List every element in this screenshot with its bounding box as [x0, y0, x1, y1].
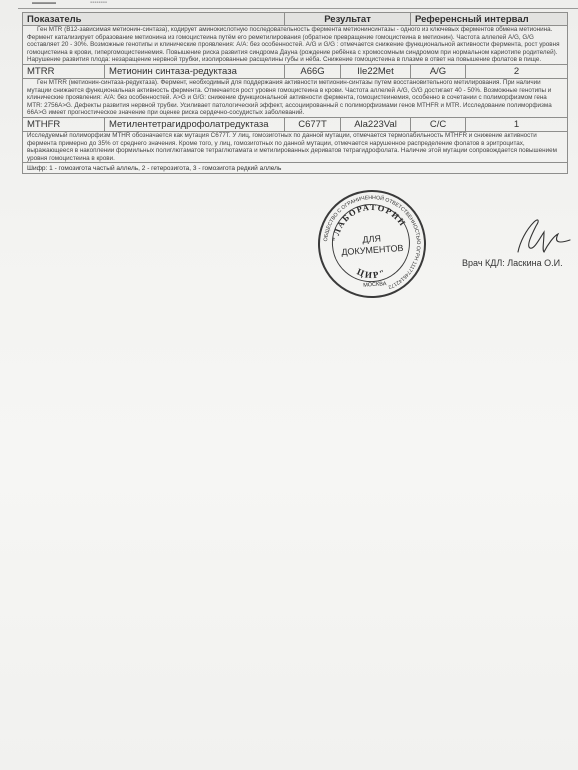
table-header-row: Показатель Результат Референсный интерва…: [23, 13, 568, 26]
previous-page-edge: ▬▬▬▬ ▪▪▪▪▪▪▪▪: [18, 0, 578, 9]
cipher-legend: Шифр: 1 - гомозигота частый аллель, 2 - …: [23, 163, 568, 174]
gene-code: MTHFR: [23, 117, 105, 131]
cipher-value: 1: [466, 117, 568, 131]
genetics-results-table: Показатель Результат Референсный интерва…: [22, 12, 568, 174]
svg-text:ЦИР": ЦИР": [355, 264, 389, 281]
header-reference: Референсный интервал: [411, 13, 568, 26]
genotype: C/C: [411, 117, 466, 131]
gene-description-row: Ген MTR (B12-зависимая метионин-синтаза)…: [23, 26, 568, 65]
table-row: MTHFR Метилентетрагидрофолатредуктаза C6…: [23, 117, 568, 131]
cut-off-text: ▬▬▬▬: [32, 0, 56, 6]
amino-substitution: Ile22Met: [341, 64, 411, 78]
gene-description-row: Исследуемый полиморфизм MTHR обозначаетс…: [23, 131, 568, 162]
mthfr-description: Исследуемый полиморфизм MTHR обозначаетс…: [23, 131, 568, 162]
table-row: MTRR Метионин синтаза-редуктаза A66G Ile…: [23, 64, 568, 78]
signature-icon: [514, 212, 578, 260]
header-result: Результат: [285, 13, 411, 26]
header-indicator: Показатель: [23, 13, 285, 26]
cipher-legend-row: Шифр: 1 - гомозигота частый аллель, 2 - …: [23, 163, 568, 174]
mtrr-description: Ген MTRR (метионин-синтаза-редуктаза). Ф…: [23, 78, 568, 117]
gene-description-row: Ген MTRR (метионин-синтаза-редуктаза). Ф…: [23, 78, 568, 117]
gene-name: Метионин синтаза-редуктаза: [105, 64, 285, 78]
doctor-signature-line: Врач КДЛ: Ласкина О.И.: [462, 258, 563, 268]
laboratory-stamp: ОБЩЕСТВО С ОГРАНИЧЕННОЙ ОТВЕТСТВЕННОСТЬЮ…: [314, 186, 429, 301]
cipher-value: 2: [466, 64, 568, 78]
polymorphism: A66G: [285, 64, 341, 78]
genotype: A/G: [411, 64, 466, 78]
mtr-description: Ген MTR (B12-зависимая метионин-синтаза)…: [23, 26, 568, 65]
amino-substitution: Ala223Val: [341, 117, 411, 131]
gene-code: MTRR: [23, 64, 105, 78]
polymorphism: C677T: [285, 117, 341, 131]
cut-off-text: ▪▪▪▪▪▪▪▪: [90, 0, 107, 6]
gene-name: Метилентетрагидрофолатредуктаза: [105, 117, 285, 131]
